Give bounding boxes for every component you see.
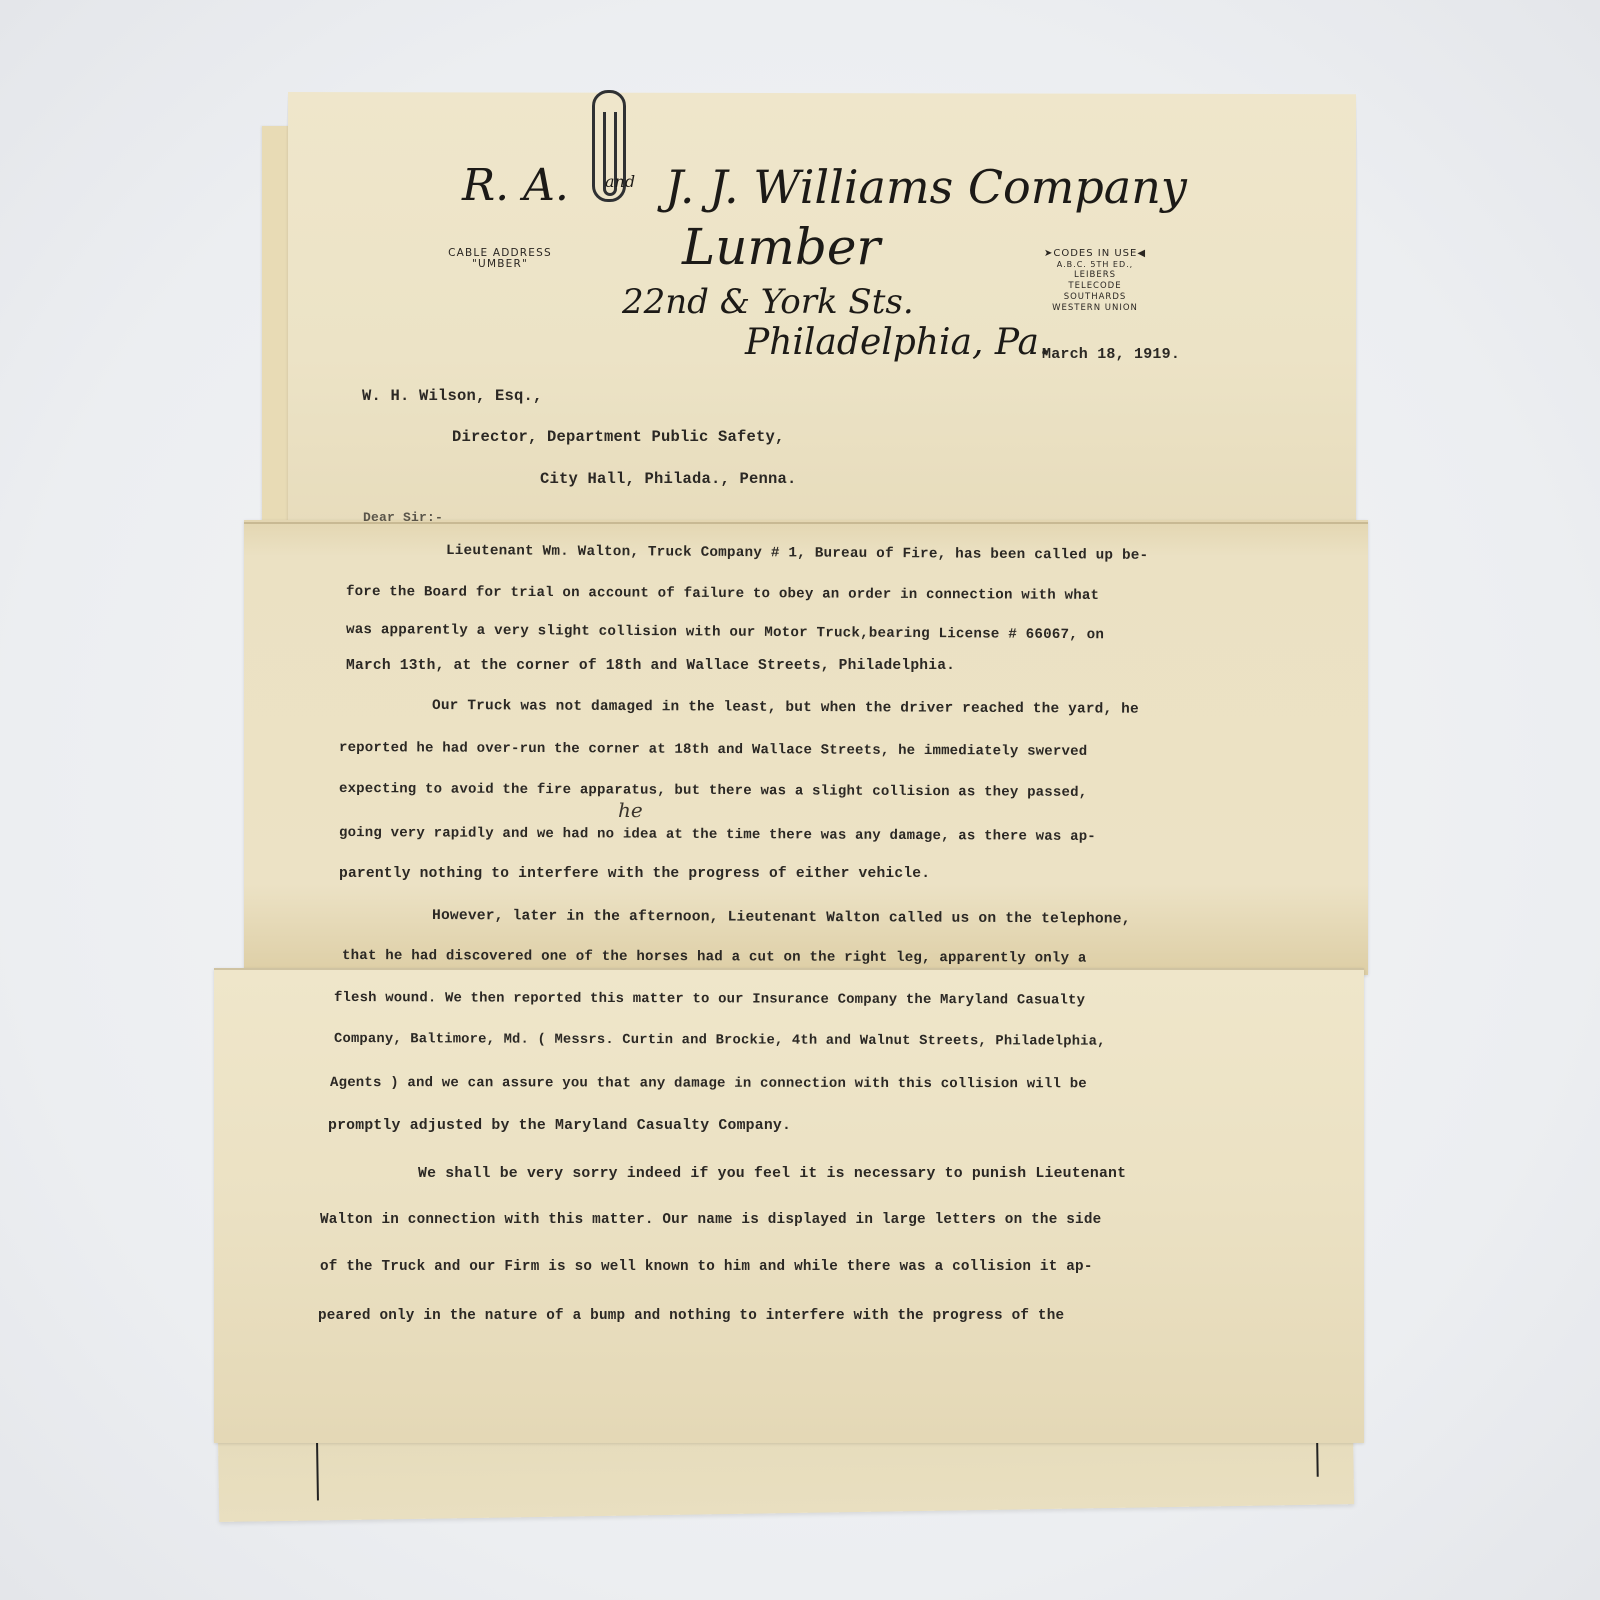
body-line: Walton in connection with this matter. O…	[320, 1212, 1101, 1228]
edge-tick-left	[316, 1438, 319, 1500]
recipient-title: Director, Department Public Safety,	[452, 428, 785, 446]
code-item: SOUTHARDS	[1020, 292, 1170, 303]
codes-title: ➤CODES IN USE◀	[1020, 248, 1170, 259]
letter-date: March 18, 1919.	[1042, 346, 1180, 363]
company-trade: Lumber	[682, 218, 880, 276]
recipient-address: City Hall, Philada., Penna.	[540, 470, 797, 488]
body-line: promptly adjusted by the Maryland Casual…	[328, 1118, 791, 1134]
body-line: peared only in the nature of a bump and …	[318, 1308, 1064, 1324]
company-initials: R. A.	[462, 160, 569, 211]
handwritten-correction: he	[618, 798, 643, 822]
body-line: flesh wound. We then reported this matte…	[334, 990, 1085, 1009]
body-line: parently nothing to interfere with the p…	[339, 866, 930, 882]
body-line: of the Truck and our Firm is so well kno…	[320, 1259, 1093, 1275]
company-street: 22nd & York Sts.	[622, 282, 914, 322]
fold-line-lower	[214, 968, 1364, 970]
company-name: J. J. Williams Company	[665, 160, 1187, 214]
body-line: that he had discovered one of the horses…	[342, 948, 1087, 967]
code-item: TELECODE	[1020, 281, 1170, 292]
salutation: Dear Sir:-	[363, 510, 443, 525]
cable-address-value: "UMBER"	[430, 259, 570, 270]
code-item: WESTERN UNION	[1020, 303, 1170, 314]
body-line: Agents ) and we can assure you that any …	[330, 1075, 1087, 1092]
body-line: March 13th, at the corner of 18th and Wa…	[346, 658, 955, 674]
recipient-name: W. H. Wilson, Esq.,	[362, 387, 543, 405]
body-line: We shall be very sorry indeed if you fee…	[418, 1166, 1126, 1182]
company-city: Philadelphia, Pa.	[745, 322, 1050, 363]
body-line: Company, Baltimore, Md. ( Messrs. Curtin…	[334, 1032, 1106, 1050]
company-and: and	[605, 172, 635, 191]
codes-in-use: ➤CODES IN USE◀ A.B.C. 5TH ED., LEIBERS T…	[1020, 248, 1170, 314]
code-item: LEIBERS	[1020, 270, 1170, 281]
cable-address: CABLE ADDRESS "UMBER"	[430, 248, 570, 270]
code-item: A.B.C. 5TH ED.,	[1020, 259, 1170, 270]
